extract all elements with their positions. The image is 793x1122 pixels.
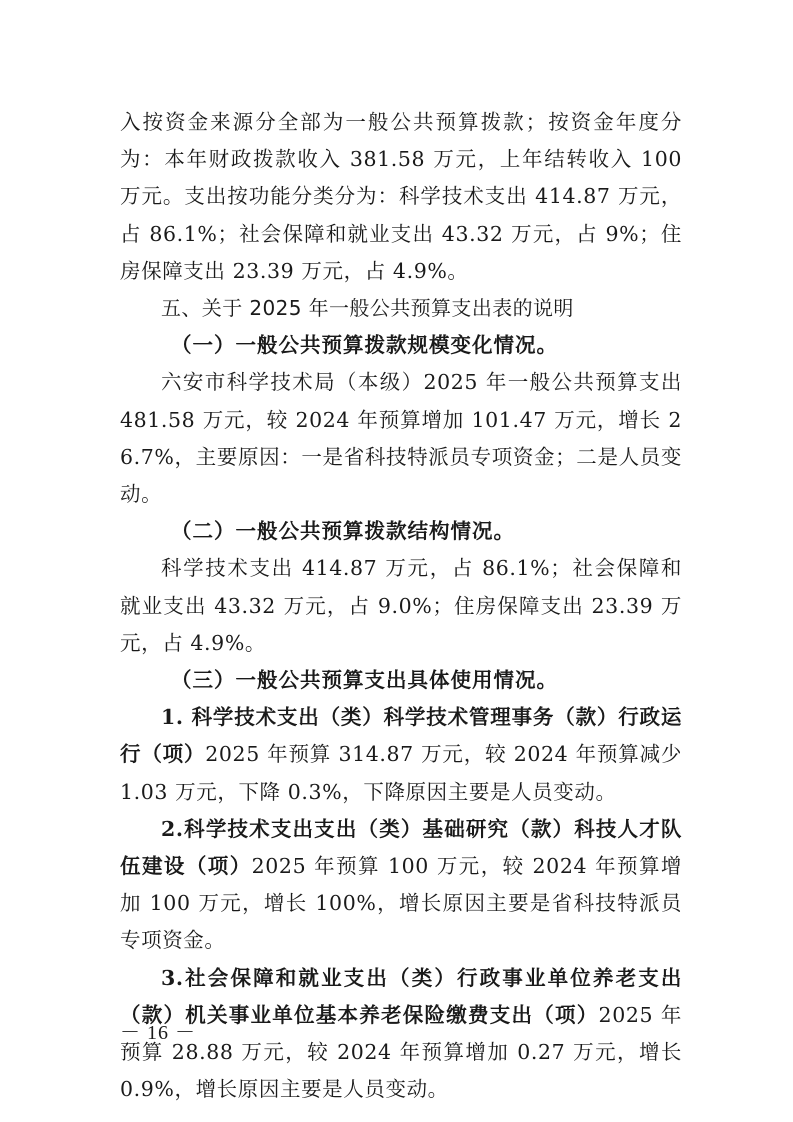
scale-change-paragraph: 六安市科学技术局（本级）2025 年一般公共预算支出 481.58 万元，较 2…	[120, 364, 682, 513]
usage-item-1-text: 2025 年预算 314.87 万元，较 2024 年预算减少 1.03 万元，…	[120, 742, 682, 803]
structure-paragraph: 科学技术支出 414.87 万元，占 86.1%；社会保障和就业支出 43.32…	[120, 550, 682, 662]
usage-item-1: 1. 科学技术支出（类）科学技术管理事务（款）行政运行（项）2025 年预算 3…	[120, 699, 682, 811]
page-number: － 16 －	[120, 1016, 196, 1045]
sub-heading-scale-change: （一）一般公共预算拨款规模变化情况。	[120, 327, 682, 364]
funding-source-paragraph: 入按资金来源分全部为一般公共预算拨款；按资金年度分为：本年财政拨款收入 381.…	[120, 104, 682, 290]
section-heading-five: 五、关于 2025 年一般公共预算支出表的说明	[120, 290, 682, 327]
usage-item-3: 3.社会保障和就业支出（类）行政事业单位养老支出（款）机关事业单位基本养老保险缴…	[120, 960, 682, 1109]
document-page: 入按资金来源分全部为一般公共预算拨款；按资金年度分为：本年财政拨款收入 381.…	[120, 104, 682, 1108]
usage-item-2: 2.科学技术支出支出（类）基础研究（款）科技人才队伍建设（项）2025 年预算 …	[120, 811, 682, 960]
sub-heading-structure: （二）一般公共预算拨款结构情况。	[120, 513, 682, 550]
sub-heading-usage: （三）一般公共预算支出具体使用情况。	[120, 662, 682, 699]
